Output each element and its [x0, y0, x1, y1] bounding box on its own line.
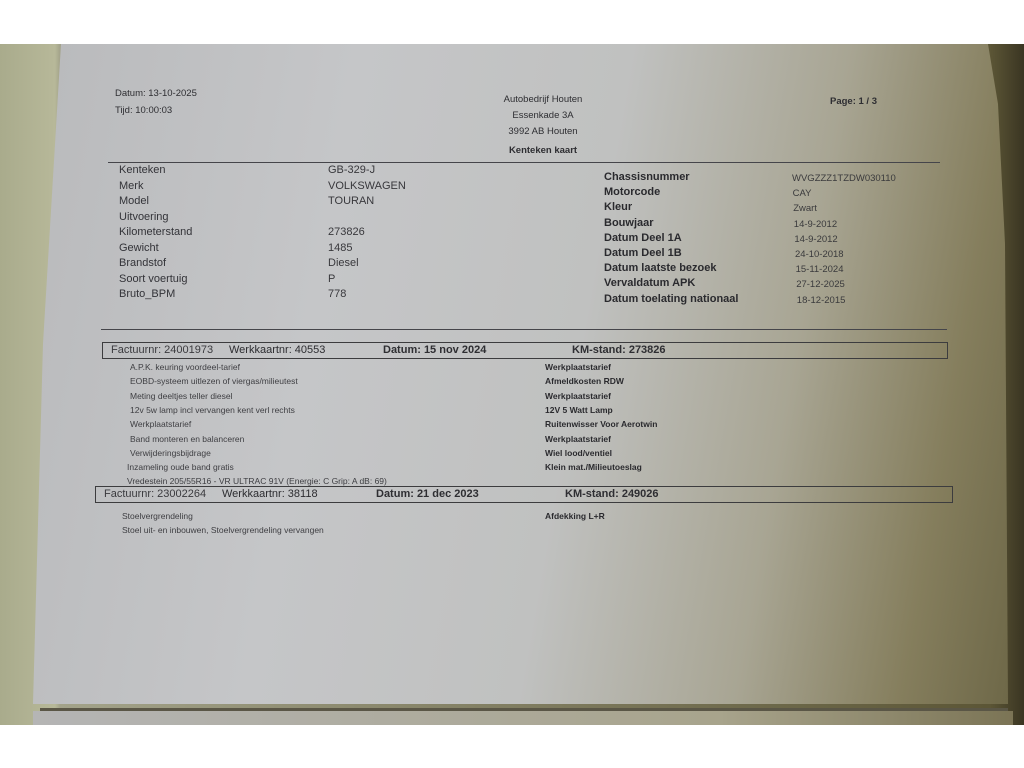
vehicle-field-value: 14-9-2012 [794, 234, 837, 245]
invoice-line-item: A.P.K. keuring voordeel-tarief [130, 362, 240, 372]
invoice-header: Factuurnr: 23002264Werkkaartnr: 38118Dat… [95, 486, 953, 503]
invoice-line-item: Klein mat./Milieutoeslag [545, 462, 642, 472]
vehicle-field-value: 18-12-2015 [797, 295, 846, 306]
invoice-date: Datum: 21 dec 2023 [376, 488, 479, 500]
workcard-number: Werkkaartnr: 38118 [222, 488, 318, 500]
vehicle-field-label: Kilometerstand [119, 226, 192, 238]
vehicle-field-label: Vervaldatum APK [604, 277, 695, 289]
vehicle-field-label: Gewicht [119, 242, 159, 254]
invoice-line-item: Ruitenwisser Voor Aerotwin [545, 419, 657, 429]
vehicle-field-label: Chassisnummer [604, 171, 690, 183]
invoice-line-item: Afdekking L+R [545, 511, 605, 521]
print-date: Datum: 13-10-2025 [115, 88, 197, 99]
second-sheet [33, 711, 1013, 725]
vehicle-field-label: Brandstof [119, 257, 166, 269]
company-city: 3992 AB Houten [473, 126, 613, 137]
vehicle-field-value: 24-10-2018 [795, 249, 844, 260]
invoice-header: Factuurnr: 24001973Werkkaartnr: 40553Dat… [102, 342, 948, 359]
header-divider [108, 162, 940, 163]
vehicle-field-value: 27-12-2025 [796, 279, 845, 290]
vehicle-field-label: Model [119, 195, 149, 207]
invoice-line-item: Vredestein 205/55R16 - VR ULTRAC 91V (En… [127, 476, 387, 486]
vehicle-field-value: TOURAN [328, 195, 374, 207]
invoice-line-item: 12v 5w lamp incl vervangen kent verl rec… [130, 405, 295, 415]
invoice-line-item: Werkplaatstarief [545, 362, 611, 372]
mileage: KM-stand: 249026 [565, 488, 659, 500]
vehicle-field-label: Motorcode [604, 186, 660, 198]
vehicle-field-value: 1485 [328, 242, 352, 254]
invoice-line-item: Verwijderingsbijdrage [130, 448, 211, 458]
invoice-line-item: Afmeldkosten RDW [545, 376, 624, 386]
vehicle-field-value: Diesel [328, 257, 359, 269]
vehicle-field-value: 273826 [328, 226, 365, 238]
vehicle-field-label: Kenteken [119, 164, 165, 176]
vehicle-field-label: Datum toelating nationaal [604, 293, 738, 305]
vehicle-field-value: WVGZZZ1TZDW030110 [792, 173, 896, 184]
invoice-line-item: Meting deeltjes teller diesel [130, 391, 233, 401]
vehicle-field-label: Datum Deel 1B [604, 247, 682, 259]
section-divider [101, 329, 947, 330]
invoice-number: Factuurnr: 24001973 [111, 344, 213, 356]
invoice-line-item: Stoelvergrendeling [122, 511, 193, 521]
invoice-line-item: Werkplaatstarief [130, 419, 191, 429]
invoice-line-item: Stoel uit- en inbouwen, Stoelvergrendeli… [122, 525, 324, 535]
page-number: Page: 1 / 3 [830, 96, 877, 107]
vehicle-field-label: Bruto_BPM [119, 288, 175, 300]
vehicle-field-value: Zwart [793, 203, 817, 214]
vehicle-field-value: P [328, 273, 335, 285]
invoice-line-item: Inzameling oude band gratis [127, 462, 234, 472]
invoice-line-item: 12V 5 Watt Lamp [545, 405, 613, 415]
invoice-line-item: Band monteren en balanceren [130, 434, 244, 444]
vehicle-field-label: Soort voertuig [119, 273, 187, 285]
vehicle-field-label: Bouwjaar [604, 217, 654, 229]
invoice-line-item: Wiel lood/ventiel [545, 448, 612, 458]
vehicle-field-value: 15-11-2024 [796, 264, 844, 275]
invoice-line-item: EOBD-systeem uitlezen of viergas/milieut… [130, 376, 298, 386]
vehicle-field-label: Kleur [604, 201, 632, 213]
company-name: Autobedrijf Houten [473, 94, 613, 105]
invoice-number: Factuurnr: 23002264 [104, 488, 206, 500]
invoice-line-item: Werkplaatstarief [545, 391, 611, 401]
mileage: KM-stand: 273826 [572, 344, 666, 356]
vehicle-field-label: Merk [119, 180, 143, 192]
document-title: Kenteken kaart [473, 145, 613, 156]
print-time: Tijd: 10:00:03 [115, 105, 172, 116]
document-page: Datum: 13-10-2025 Tijd: 10:00:03 Autobed… [33, 44, 1008, 704]
vehicle-field-label: Datum Deel 1A [604, 232, 682, 244]
vehicle-field-value: 14-9-2012 [794, 219, 837, 230]
vehicle-field-value: 778 [328, 288, 346, 300]
vehicle-field-label: Datum laatste bezoek [604, 262, 716, 274]
workcard-number: Werkkaartnr: 40553 [229, 344, 325, 356]
vehicle-field-label: Uitvoering [119, 211, 169, 223]
invoice-line-item: Werkplaatstarief [545, 434, 611, 444]
vehicle-field-value: CAY [793, 188, 812, 199]
vehicle-field-value: GB-329-J [328, 164, 375, 176]
vehicle-field-value: VOLKSWAGEN [328, 180, 406, 192]
invoice-date: Datum: 15 nov 2024 [383, 344, 486, 356]
company-street: Essenkade 3A [473, 110, 613, 121]
